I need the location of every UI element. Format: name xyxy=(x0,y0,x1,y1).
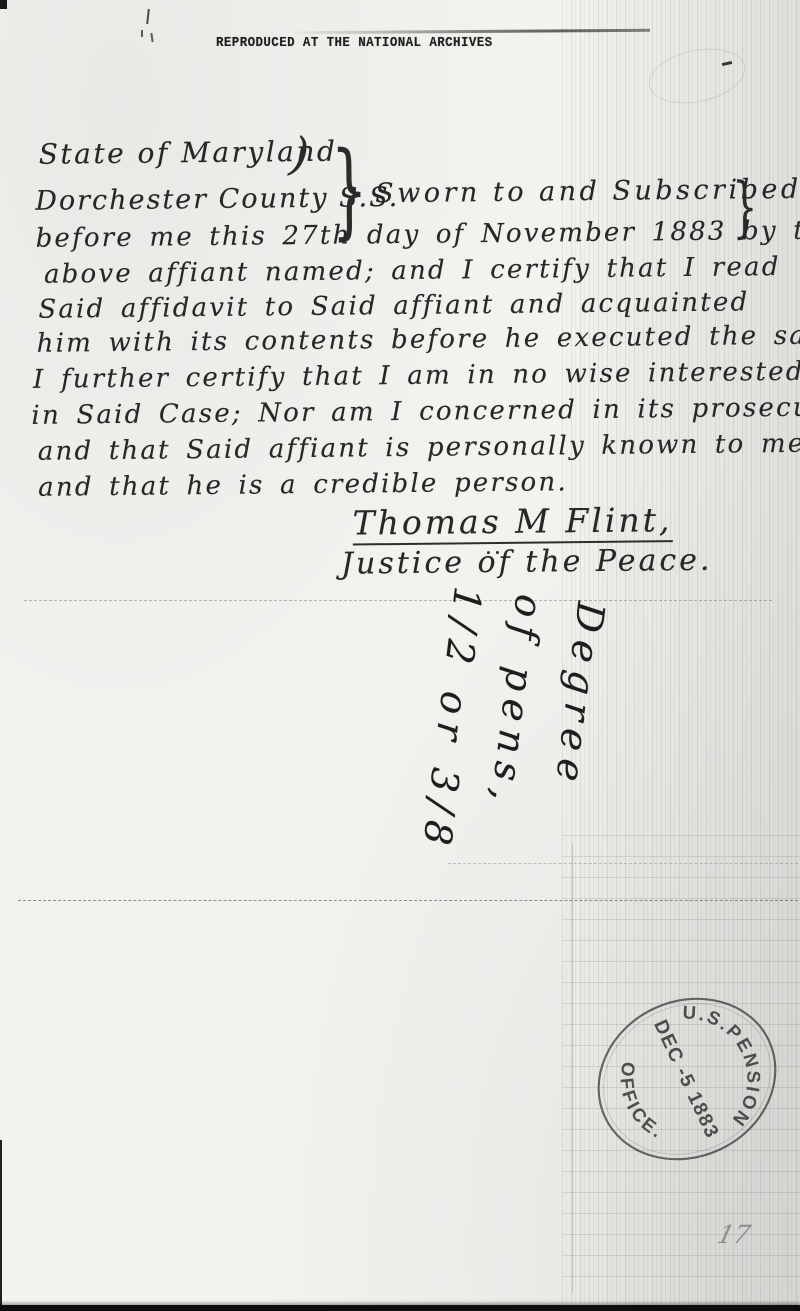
body-line: in Said Case; Nor am I concerned in its … xyxy=(31,392,800,431)
body-line: and that he is a credible person. xyxy=(38,467,568,503)
stamp-arc-bottom-text: OFFICE. xyxy=(604,1053,673,1150)
scan-edge-left xyxy=(0,1140,2,1311)
body-line: I further certify that I am in no wise i… xyxy=(33,357,800,395)
rotated-margin-note: Degree of pens, 1/2 or 3/8 xyxy=(406,583,622,864)
body-line: before me this 27th day of November 1883… xyxy=(35,215,800,253)
pension-office-stamp: U.S.PENSION OFFICE. DEC -5 1883 xyxy=(586,972,788,1186)
body-line: Said affidavit to Said affiant and acqua… xyxy=(38,287,749,324)
signature-name: Thomas M Flint, xyxy=(352,500,672,545)
signature-title: Justice of the Peace. xyxy=(341,543,713,582)
body-line: and that Said affiant is personally know… xyxy=(38,429,800,467)
scanned-affidavit-page: REPRODUCED AT THE NATIONAL ARCHIVES Stat… xyxy=(0,0,800,1311)
body-line: above affiant named; and I certify that … xyxy=(44,252,781,290)
body-line: him with its contents before he executed… xyxy=(37,320,800,359)
svg-text:OFFICE.: OFFICE. xyxy=(604,1053,673,1150)
